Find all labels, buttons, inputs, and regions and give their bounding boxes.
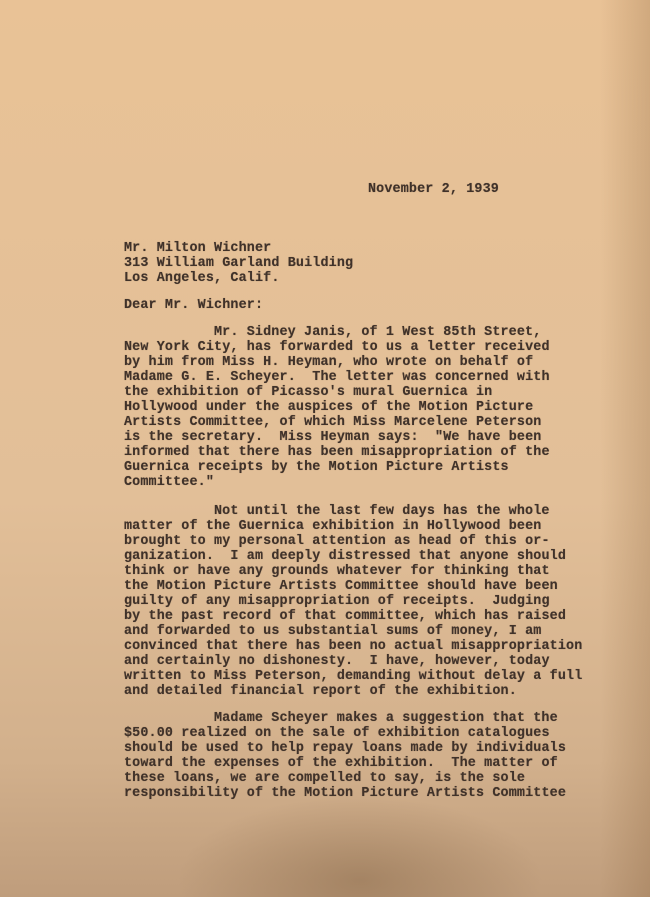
paragraph-line: Guernica receipts by the Motion Picture … xyxy=(124,460,509,475)
paragraph-line: brought to my personal attention as head… xyxy=(124,534,550,549)
paragraph-line: the exhibition of Picasso's mural Guerni… xyxy=(124,385,492,400)
typewritten-letter-page: November 2, 1939 Mr. Milton Wichner 313 … xyxy=(0,0,650,897)
paragraph-line: by the past record of that committee, wh… xyxy=(124,609,566,624)
paragraph-line: by him from Miss H. Heyman, who wrote on… xyxy=(124,355,533,370)
paragraph-line: convinced that there has been no actual … xyxy=(124,639,582,654)
paragraph-line: and detailed financial report of the exh… xyxy=(124,684,517,699)
paragraph-line: $50.00 realized on the sale of exhibitio… xyxy=(124,726,550,741)
paragraph-line: Madame Scheyer makes a suggestion that t… xyxy=(214,711,558,726)
paragraph-line: responsibility of the Motion Picture Art… xyxy=(124,786,566,801)
paragraph-line: Hollywood under the auspices of the Moti… xyxy=(124,400,533,415)
paragraph-line: and forwarded to us substantial sums of … xyxy=(124,624,541,639)
recipient-street: 313 William Garland Building xyxy=(124,256,353,271)
paragraph-line: informed that there has been misappropri… xyxy=(124,445,550,460)
letter-date: November 2, 1939 xyxy=(368,182,499,197)
paragraph-line: Artists Committee, of which Miss Marcele… xyxy=(124,415,541,430)
paragraph-line: think or have any grounds whatever for t… xyxy=(124,564,550,579)
salutation: Dear Mr. Wichner: xyxy=(124,298,263,313)
paragraph-line: written to Miss Peterson, demanding with… xyxy=(124,669,582,684)
paragraph-line: Mr. Sidney Janis, of 1 West 85th Street, xyxy=(214,325,541,340)
paragraph-line: these loans, we are compelled to say, is… xyxy=(124,771,525,786)
paragraph-line: Committee." xyxy=(124,475,214,490)
paragraph-line: Madame G. E. Scheyer. The letter was con… xyxy=(124,370,550,385)
paragraph-line: guilty of any misappropriation of receip… xyxy=(124,594,550,609)
paragraph-line: ganization. I am deeply distressed that … xyxy=(124,549,566,564)
recipient-name: Mr. Milton Wichner xyxy=(124,241,271,256)
recipient-city: Los Angeles, Calif. xyxy=(124,271,280,286)
paragraph-line: is the secretary. Miss Heyman says: "We … xyxy=(124,430,541,445)
paragraph-line: and certainly no dishonesty. I have, how… xyxy=(124,654,550,669)
paragraph-line: should be used to help repay loans made … xyxy=(124,741,566,756)
paragraph-line: New York City, has forwarded to us a let… xyxy=(124,340,550,355)
paragraph-line: the Motion Picture Artists Committee sho… xyxy=(124,579,558,594)
paragraph-line: matter of the Guernica exhibition in Hol… xyxy=(124,519,541,534)
paragraph-line: toward the expenses of the exhibition. T… xyxy=(124,756,558,771)
paragraph-line: Not until the last few days has the whol… xyxy=(214,504,550,519)
